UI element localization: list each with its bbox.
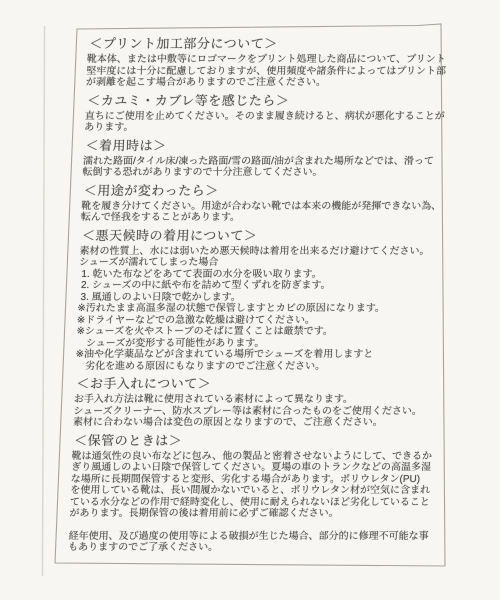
text-line: 直ちにご使用を止めてください。そのまま履き続けると、病状が悪化することが <box>84 111 436 123</box>
text-line: 2. シューズの中に紙や布を詰めて型くずれを防ぎます。 <box>78 280 430 292</box>
text-line: 1. 乾いた布などをあてて表面の水分を吸い取ります。 <box>78 269 430 281</box>
text-line: を使用している靴は、長い間履かないでいると、ポリウレタン材が空気に含まれ <box>70 485 422 497</box>
text-line: な場所に長期間保管すると変形、劣化する場合があります。ポリウレタン(PU) <box>71 474 423 486</box>
text-line: 堅牢度には十分に配慮しておりますが、使用頻度や諸条件によってはプリント部 <box>86 66 438 78</box>
section-heading: ＜悪天候時の着用について＞ <box>80 229 433 243</box>
instruction-section: ＜用途が変わったら＞靴を履き分けてください。用途が合わない靴では本来の機能が発揮… <box>81 184 435 224</box>
section-heading: ＜用途が変わったら＞ <box>82 184 435 198</box>
paper-crease <box>43 26 45 576</box>
text-line: 転んで怪我をすることがあります。 <box>81 212 433 224</box>
text-line: 濡れた路面/タイル床/凍った路面/雪の路面/油が含まれた場所などでは、滑って <box>83 156 435 168</box>
text-line: ている水分などの作用で経時変化し、使用に耐えられないほど劣化していること <box>70 497 422 509</box>
text-line: シューズが濡れてしまった場合 <box>79 257 431 269</box>
text-line: もありますのでご了承ください。 <box>68 542 420 554</box>
text-line: 3. 風通しのよい日陰で乾かします。 <box>78 292 430 304</box>
text-line: シューズが変形する可能性があります。 <box>76 338 428 350</box>
text-line: シューズクリーナー、防水スプレー等は素材に合ったものをご使用ください。 <box>73 406 425 418</box>
text-line: ※汚れたまま高温多湿の状態で保管しますとカビの原因になります。 <box>77 303 429 315</box>
section-heading: ＜お手入れについて＞ <box>74 377 427 391</box>
text-line: あります。 <box>84 122 436 134</box>
instruction-section: ＜プリント加工部分について＞靴本体、または中敷等にロゴマークをプリント処理した商… <box>86 37 440 89</box>
closing-paragraph: 経年使用、及び過度の使用等による破損が生じた場合、部分的に修理不可能な事もありま… <box>68 531 421 554</box>
text-line: 素材の性質上、水には弱いため悪天候時は着用を出来るだけ避けてください。 <box>79 246 431 258</box>
text-line: 素材に合わない場合は変色の原因となりますので、ご注意ください。 <box>73 417 425 429</box>
document-content: ＜プリント加工部分について＞靴本体、または中敷等にロゴマークをプリント処理した商… <box>68 30 440 554</box>
text-line: お手入れ方法は靴に使用されている素材によって異なります。 <box>74 394 426 406</box>
text-line: ※油や化学薬品などが含まれている場所でシューズを着用しますと <box>75 349 427 361</box>
instruction-section: ＜保管のときは＞靴は通気性の良い布などに包み、他の製品と密着させないようにして、… <box>69 434 424 520</box>
text-line: 靴を履き分けてください。用途が合わない靴では本来の機能が発揮できない為、 <box>81 201 433 213</box>
text-line: ぎり風通しのよい日陰で保管してください。夏場の車のトランクなどの高温多湿 <box>71 462 423 474</box>
text-line: ※シューズを火やストーブのそばに置くことは厳禁です。 <box>76 326 428 338</box>
text-line: 転倒する恐れがありますので十分注意してください。 <box>82 167 434 179</box>
text-line: があります。長期保管の後は着用前に必ずご確認ください。 <box>69 508 421 520</box>
instruction-section: ＜悪天候時の着用について＞素材の性質上、水には弱いため悪天候時は着用を出来るだけ… <box>75 229 433 373</box>
text-line: ※ドライヤーなどでの急激な乾燥は避けてください。 <box>77 315 429 327</box>
text-line: 靴本体、または中敷等にロゴマークをプリント処理した商品について、プリント <box>87 54 439 66</box>
care-instructions-sheet: ＜プリント加工部分について＞靴本体、または中敷等にロゴマークをプリント処理した商… <box>0 0 500 600</box>
text-line: 靴は通気性の良い布などに包み、他の製品と密着させないようにして、できるか <box>71 451 423 463</box>
instruction-section: ＜お手入れについて＞お手入れ方法は靴に使用されている素材によって異なります。シュ… <box>73 377 427 429</box>
instruction-section: ＜着用時は＞濡れた路面/タイル床/凍った路面/雪の路面/油が含まれた場所などでは… <box>82 139 436 179</box>
section-heading: ＜カユミ・カブレ等を感じたら＞ <box>85 94 438 108</box>
instruction-section: ＜カユミ・カブレ等を感じたら＞直ちにご使用を止めてください。そのまま履き続けると… <box>84 94 438 134</box>
text-line: 経年使用、及び過度の使用等による破損が生じた場合、部分的に修理不可能な事 <box>68 531 420 543</box>
text-line: 劣化を進める原因にもなりますのでご注意ください。 <box>75 361 427 373</box>
section-heading: ＜プリント加工部分について＞ <box>87 37 440 51</box>
text-line: が剥離を起こす場合がありますのでご注意ください。 <box>86 77 438 89</box>
section-heading: ＜着用時は＞ <box>83 139 436 153</box>
section-heading: ＜保管のときは＞ <box>72 434 425 448</box>
